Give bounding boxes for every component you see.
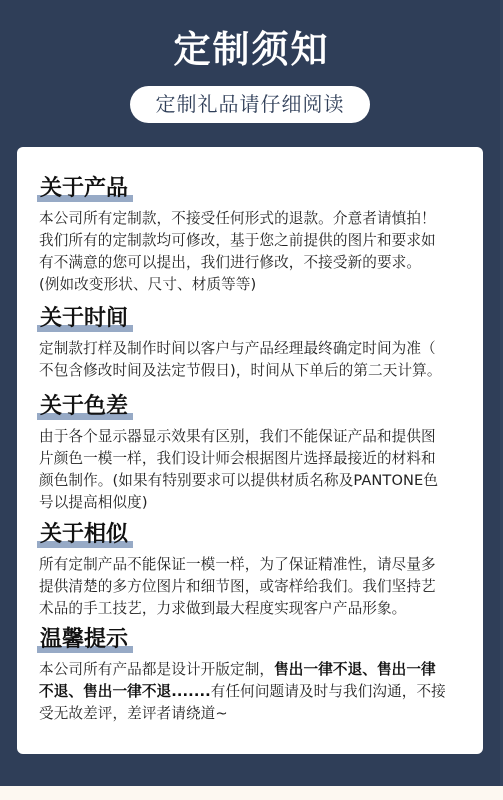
body-text: 有任何问题请及时与我们沟通，不接 [211, 683, 446, 700]
body-line: 颜色制作。(如果有特别要求可以提供材质名称及PANTONE色 [39, 470, 469, 492]
section-heading: 关于时间 [39, 304, 132, 334]
page-title: 定制须知 [0, 24, 503, 76]
body-line: 有不满意的您可以提出，我们进行修改，不接受新的要求。 [39, 252, 469, 274]
body-line: 所有定制产品不能保证一模一样，为了保证精准性，请尽量多 [39, 554, 469, 576]
notice-page: 定制须知 定制礼品请仔细阅读 关于产品 本公司所有定制款，不接受任何形式的退款。… [0, 0, 503, 786]
section-heading: 关于色差 [39, 392, 132, 422]
body-line: 不退、售出一律不退.......有任何问题请及时与我们沟通，不接 [39, 681, 469, 703]
section-heading: 关于产品 [39, 174, 132, 204]
notice-card: 关于产品 本公司所有定制款，不接受任何形式的退款。介意者请慎拍！ 我们所有的定制… [17, 147, 483, 754]
section-body: 所有定制产品不能保证一模一样，为了保证精准性，请尽量多 提供清楚的多方位图片和细… [39, 554, 469, 620]
section-body: 本公司所有产品都是设计开版定制，售出一律不退、售出一律 不退、售出一律不退...… [39, 659, 469, 725]
body-line: 定制款打样及制作时间以客户与产品经理最终确定时间为准（ [39, 338, 469, 360]
subtitle-pill: 定制礼品请仔细阅读 [130, 86, 370, 123]
body-line: 号以提高相似度) [39, 492, 469, 514]
body-line: 本公司所有定制款，不接受任何形式的退款。介意者请慎拍！ [39, 208, 469, 230]
body-line: 我们所有的定制款均可修改，基于您之前提供的图片和要求如 [39, 230, 469, 252]
body-line: 受无故差评，差评者请绕道~ [39, 703, 469, 725]
body-line: 提供清楚的多方位图片和细节图，或寄样给我们。我们坚持艺 [39, 576, 469, 598]
no-refund-emphasis: 售出一律不退、售出一律 [274, 661, 436, 678]
section-warm-tips: 温馨提示 本公司所有产品都是设计开版定制，售出一律不退、售出一律 不退、售出一律… [39, 625, 469, 725]
no-refund-emphasis: 不退、售出一律不退....... [39, 683, 211, 700]
section-body: 由于各个显示器显示效果有区别，我们不能保证产品和提供图 片颜色一模一样，我们设计… [39, 426, 469, 514]
section-heading: 关于相似 [39, 520, 132, 550]
section-body: 本公司所有定制款，不接受任何形式的退款。介意者请慎拍！ 我们所有的定制款均可修改… [39, 208, 469, 296]
section-about-similarity: 关于相似 所有定制产品不能保证一模一样，为了保证精准性，请尽量多 提供清楚的多方… [39, 520, 469, 620]
section-about-time: 关于时间 定制款打样及制作时间以客户与产品经理最终确定时间为准（ 不包含修改时间… [39, 304, 469, 382]
body-line: 不包含修改时间及法定节假日)，时间从下单后的第二天计算。 [39, 360, 469, 382]
section-heading: 温馨提示 [39, 625, 132, 655]
section-body: 定制款打样及制作时间以客户与产品经理最终确定时间为准（ 不包含修改时间及法定节假… [39, 338, 469, 382]
body-line: 本公司所有产品都是设计开版定制，售出一律不退、售出一律 [39, 659, 469, 681]
body-line: (例如改变形状、尺寸、材质等等) [39, 274, 469, 296]
body-text: 本公司所有产品都是设计开版定制， [39, 661, 274, 678]
body-line: 由于各个显示器显示效果有区别，我们不能保证产品和提供图 [39, 426, 469, 448]
section-about-product: 关于产品 本公司所有定制款，不接受任何形式的退款。介意者请慎拍！ 我们所有的定制… [39, 174, 469, 296]
body-line: 术品的手工技艺，力求做到最大程度实现客户产品形象。 [39, 598, 469, 620]
body-line: 片颜色一模一样，我们设计师会根据图片选择最接近的材料和 [39, 448, 469, 470]
section-about-color-difference: 关于色差 由于各个显示器显示效果有区别，我们不能保证产品和提供图 片颜色一模一样… [39, 392, 469, 514]
